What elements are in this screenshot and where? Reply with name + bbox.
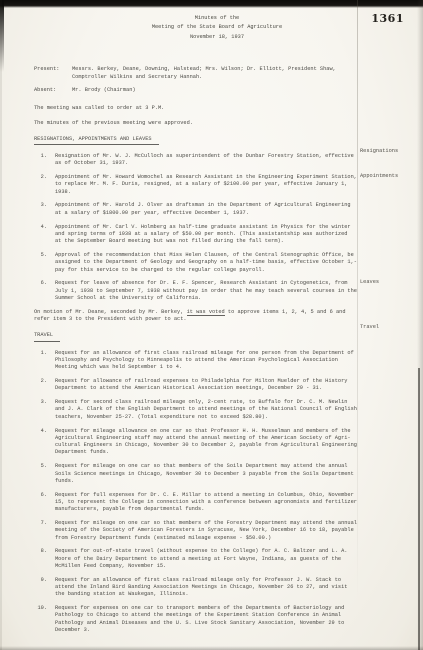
list-item: 4. Appointment of Mr. Carl V. Holmberg a… bbox=[34, 224, 423, 246]
item-number: 3. bbox=[34, 202, 47, 217]
item-number: 7. bbox=[34, 520, 47, 542]
present-names: Messrs. Berkey, Deane, Downing, Halstead… bbox=[72, 66, 336, 81]
scan-artifact-bottom-edge bbox=[0, 646, 423, 650]
item-number: 6. bbox=[34, 492, 47, 514]
document-title: Minutes of the Meeting of the State Boar… bbox=[34, 14, 400, 42]
called-to-order-text: The meeting was called to order at 3 P.M… bbox=[34, 105, 423, 112]
list-item: 5. Approval of the recommendation that M… bbox=[34, 252, 423, 274]
section-heading-travel: TRAVEL Travel bbox=[34, 332, 423, 341]
item-text: Approval of the recommendation that Miss… bbox=[55, 252, 357, 274]
list-item: 2. Appointment of Mr. Howard Womochel as… bbox=[34, 174, 423, 196]
list-item: 5. Request for mileage on one car so tha… bbox=[34, 463, 423, 485]
list-item: 3. Request for second class railroad mil… bbox=[34, 399, 423, 421]
minutes-approved-text: The minutes of the previous meeting were… bbox=[34, 120, 423, 127]
margin-note-resignations: Resignations bbox=[360, 148, 398, 155]
item-number: 4. bbox=[34, 428, 47, 457]
item-text: Request for an allowance of first class … bbox=[55, 577, 347, 599]
item-number: 2. bbox=[34, 378, 47, 393]
list-item: 1. Resignation of Mr. W. J. McCulloch as… bbox=[34, 153, 423, 168]
motion-paragraph: On motion of Mr. Deane, seconded by Mr. … bbox=[34, 309, 423, 324]
item-number: 10. bbox=[34, 605, 47, 634]
present-row: Present: Messrs. Berkey, Deane, Downing,… bbox=[34, 66, 423, 81]
item-number: 2. bbox=[34, 174, 47, 196]
item-text: Resignation of Mr. W. J. McCulloch as su… bbox=[55, 153, 354, 168]
title-line-2: Meeting of the State Board of Agricultur… bbox=[34, 23, 400, 32]
title-line-3-date: November 18, 1937 bbox=[34, 33, 400, 42]
margin-note-leaves: Leaves bbox=[360, 279, 379, 286]
item-text: Request for leave of absence for Dr. E. … bbox=[55, 280, 357, 302]
list-item: 1. Request for an allowance of first cla… bbox=[34, 350, 423, 372]
item-text: Request for mileage on one car so that m… bbox=[55, 463, 354, 485]
item-text: Appointment of Mr. Howard Womochel as Re… bbox=[55, 174, 357, 196]
item-text: Request for second class railroad mileag… bbox=[55, 399, 357, 421]
list-item: 2. Request for allowance of railroad exp… bbox=[34, 378, 423, 393]
list-item: 9. Request for an allowance of first cla… bbox=[34, 577, 423, 599]
page-content: Minutes of the Meeting of the State Boar… bbox=[0, 0, 423, 634]
list-item: 10. Request for expenses on one car to t… bbox=[34, 605, 423, 634]
item-number: 4. bbox=[34, 224, 47, 246]
item-number: 5. bbox=[34, 463, 47, 485]
section-heading-travel-label: TRAVEL bbox=[34, 332, 60, 341]
title-line-1: Minutes of the bbox=[34, 14, 400, 23]
scanned-minutes-page: 1361 Minutes of the Meeting of the State… bbox=[0, 0, 423, 650]
item-number: 5. bbox=[34, 252, 47, 274]
item-text: Appointment of Mr. Harold J. Olver as dr… bbox=[55, 202, 351, 217]
list-item: 7. Request for mileage on one car so tha… bbox=[34, 520, 423, 542]
list-item: 6. Request for leave of absence for Dr. … bbox=[34, 280, 423, 302]
absent-names: Mr. Brody (Chairman) bbox=[72, 87, 136, 94]
list-item: 3. Appointment of Mr. Harold J. Olver as… bbox=[34, 202, 423, 217]
present-label: Present: bbox=[34, 66, 72, 81]
item-text: Appointment of Mr. Carl V. Holmberg as h… bbox=[55, 224, 351, 246]
item-number: 6. bbox=[34, 280, 47, 302]
margin-note-travel: Travel bbox=[360, 324, 379, 331]
section-heading-resignations-label: RESIGNATIONS, APPOINTMENTS AND LEAVES bbox=[34, 136, 159, 145]
item-text: Request for out-of-state travel (without… bbox=[55, 548, 347, 570]
motion-pre: On motion of Mr. Deane, seconded by Mr. … bbox=[34, 309, 187, 315]
list-item: 4. Request for mileage allowance on one … bbox=[34, 428, 423, 457]
item-number: 1. bbox=[34, 350, 47, 372]
item-text: Request for expenses on one car to trans… bbox=[55, 605, 344, 634]
item-number: 3. bbox=[34, 399, 47, 421]
absent-row: Absent: Mr. Brody (Chairman) bbox=[34, 87, 423, 94]
absent-label: Absent: bbox=[34, 87, 72, 94]
item-text: Request for allowance of railroad expens… bbox=[55, 378, 347, 393]
item-text: Request for mileage on one car so that m… bbox=[55, 520, 357, 542]
item-text: Request for full expenses for Dr. C. E. … bbox=[55, 492, 357, 514]
item-number: 8. bbox=[34, 548, 47, 570]
item-text: Request for an allowance of first class … bbox=[55, 350, 354, 372]
item-number: 9. bbox=[34, 577, 47, 599]
margin-note-appointments: Appointments bbox=[360, 173, 398, 180]
item-text: Request for mileage allowance on one car… bbox=[55, 428, 357, 457]
list-item: 8. Request for out-of-state travel (with… bbox=[34, 548, 423, 570]
motion-voted: it was voted bbox=[187, 309, 225, 317]
item-number: 1. bbox=[34, 153, 47, 168]
list-item: 6. Request for full expenses for Dr. C. … bbox=[34, 492, 423, 514]
section-heading-resignations: RESIGNATIONS, APPOINTMENTS AND LEAVES bbox=[34, 136, 423, 145]
